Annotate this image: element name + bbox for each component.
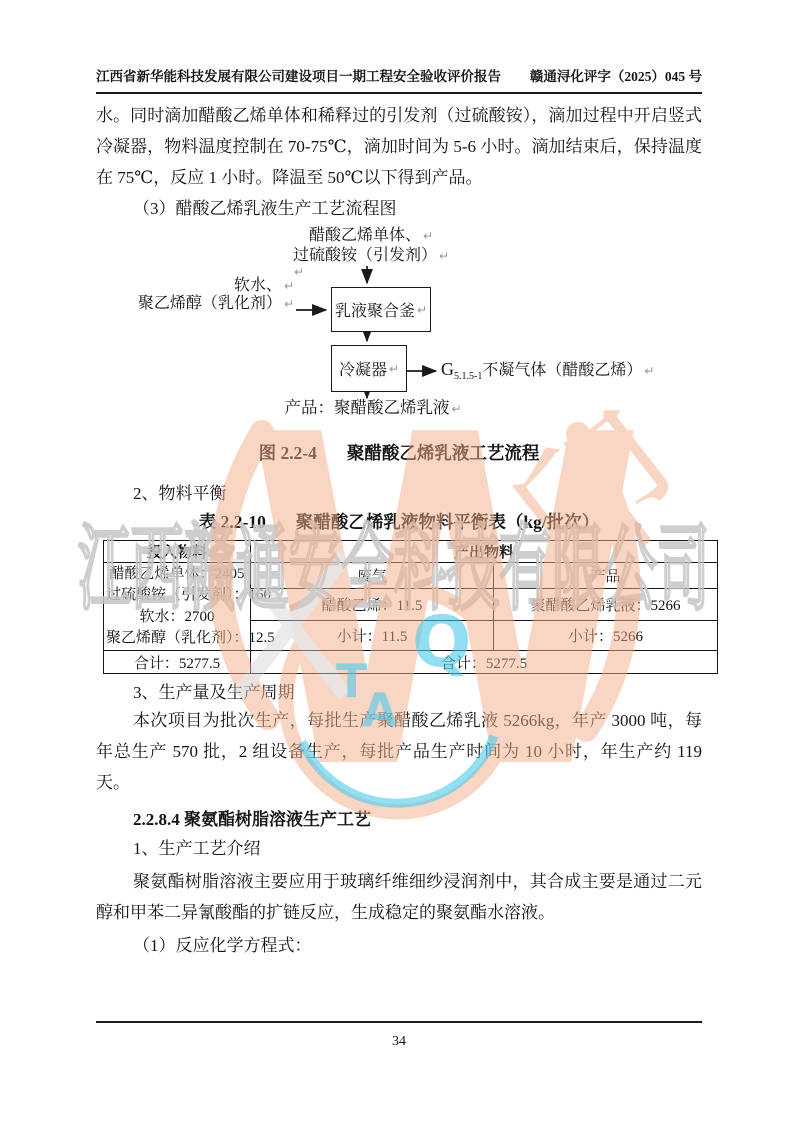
- return-mark-icon: ↵: [294, 262, 304, 282]
- material-balance-table: 投入物料 产出物料 醋酸乙烯单体：2405 过硫酸铵（引发剂）：160 软水：2…: [103, 540, 718, 674]
- return-mark-icon: ↵: [423, 229, 433, 243]
- table-row: 醋酸乙烯单体：2405 过硫酸铵（引发剂）：160 软水：2700 聚乙烯醇（乳…: [104, 563, 718, 589]
- return-mark-icon: ↵: [284, 297, 294, 311]
- figure-number: 图 2.2-4: [259, 443, 317, 463]
- footer-rule: [96, 1021, 702, 1023]
- input-line: 醋酸乙烯单体：2405: [106, 564, 248, 586]
- table-title: 聚醋酸乙烯乳液物料平衡表（kg/批次）: [296, 512, 599, 532]
- table-caption: 表 2.2-10聚醋酸乙烯乳液物料平衡表（kg/批次）: [96, 509, 702, 535]
- top-input-line1: 醋酸乙烯单体、: [309, 227, 421, 244]
- cell-input-header: 投入物料: [104, 541, 251, 563]
- section-material-balance: 2、物料平衡: [96, 478, 702, 509]
- table-row: 合计：5277.5 合计：5277.5: [104, 651, 718, 674]
- input-line: 软水：2700: [106, 607, 248, 629]
- cell-waste-subtotal: 小计：11.5: [251, 621, 494, 651]
- cell-input-materials: 醋酸乙烯单体：2405 过硫酸铵（引发剂）：160 软水：2700 聚乙烯醇（乳…: [104, 563, 251, 651]
- heading-polyurethane-process: 2.2.8.4 聚氨酯树脂溶液生产工艺: [96, 804, 702, 835]
- reactor-box: 乳液聚合釜↵: [331, 287, 431, 332]
- left-input-line2: 聚乙烯醇（乳化剂）: [138, 295, 282, 312]
- section-production: 3、生产量及生产周期: [96, 677, 702, 708]
- flowchart-left-inputs: 软水、↵ 聚乙烯醇（乳化剂）↵: [136, 277, 294, 313]
- top-input-line2: 过硫酸铵（引发剂）: [293, 247, 437, 264]
- cell-product-value: 聚醋酸乙烯乳液：5266: [494, 589, 718, 621]
- input-line: 聚乙烯醇（乳化剂）：12.5: [106, 628, 248, 650]
- table-number: 表 2.2-10: [199, 512, 266, 532]
- left-input-line1: 软水、: [234, 277, 282, 294]
- reactor-box-label: 乳液聚合釜: [335, 298, 415, 321]
- gas-code-letter: G: [441, 359, 454, 379]
- cell-output-total: 合计：5277.5: [251, 651, 718, 674]
- subsection-process-intro: 1、生产工艺介绍: [96, 833, 702, 864]
- input-line: 过硫酸铵（引发剂）：160: [106, 585, 248, 607]
- document-page: 江西赣通安全科技有限公司 W 印 Q T A 江西省新华能科技发展有限公司建设项…: [0, 0, 793, 1122]
- item-flow-diagram-label: （3）醋酸乙烯乳液生产工艺流程图: [96, 193, 702, 224]
- gas-code-subscript: 5.1.5-1: [454, 371, 482, 382]
- cell-product-subtotal: 小计：5266: [494, 621, 718, 651]
- process-flowchart: 醋酸乙烯单体、↵ 过硫酸铵（引发剂）↵ ↵ 软水、↵ 聚乙烯醇（乳化剂）↵ 乳液…: [96, 226, 702, 422]
- cell-product-header: 产品: [494, 563, 718, 589]
- gas-output-label: G5.1.5-1不凝气体（醋酸乙烯）↵: [441, 359, 654, 387]
- return-mark-icon: ↵: [389, 362, 399, 376]
- paragraph-production: 本次项目为批次生产，每批生产聚醋酸乙烯乳液 5266kg，年产 3000 吨，每…: [96, 705, 702, 798]
- cell-waste-value: 醋酸乙烯：11.5: [251, 589, 494, 621]
- condenser-box-label: 冷凝器: [339, 357, 387, 380]
- cell-waste-header: 废气: [251, 563, 494, 589]
- figure-title: 聚醋酸乙烯乳液工艺流程: [347, 443, 540, 463]
- flowchart-top-inputs: 醋酸乙烯单体、↵ 过硫酸铵（引发剂）↵: [261, 226, 481, 266]
- return-mark-icon: ↵: [417, 303, 427, 317]
- item-reaction-equation: （1）反应化学方程式：: [96, 930, 702, 961]
- return-mark-icon: ↵: [284, 279, 294, 293]
- product-text: 产品：聚醋酸乙烯乳液: [284, 398, 449, 417]
- header-doc-number: 赣通浔化评字（2025）045 号: [530, 65, 702, 85]
- paragraph-process-continuation: 水。同时滴加醋酸乙烯单体和稀释过的引发剂（过硫酸铵），滴加过程中开启竖式冷凝器，…: [96, 100, 702, 193]
- table-row: 投入物料 产出物料: [104, 541, 718, 563]
- paragraph-polyurethane: 聚氨酯树脂溶液主要应用于玻璃纤维细纱浸润剂中，其合成主要是通过二元醇和甲苯二异氰…: [96, 866, 702, 928]
- return-mark-icon: ↵: [439, 249, 449, 263]
- page-number: 34: [96, 1034, 702, 1050]
- return-mark-icon: ↵: [451, 402, 461, 416]
- gas-text: 不凝气体（醋酸乙烯）: [482, 362, 642, 379]
- cell-output-header: 产出物料: [251, 541, 718, 563]
- figure-caption: 图 2.2-4聚醋酸乙烯乳液工艺流程: [96, 440, 702, 466]
- product-output-label: 产品：聚醋酸乙烯乳液↵: [223, 398, 523, 419]
- page-header: 江西省新华能科技发展有限公司建设项目一期工程安全验收评价报告 赣通浔化评字（20…: [96, 60, 702, 94]
- cell-input-total: 合计：5277.5: [104, 651, 251, 674]
- condenser-box: 冷凝器↵: [331, 345, 407, 392]
- return-mark-icon: ↵: [644, 364, 654, 378]
- header-report-title: 江西省新华能科技发展有限公司建设项目一期工程安全验收评价报告: [96, 65, 501, 85]
